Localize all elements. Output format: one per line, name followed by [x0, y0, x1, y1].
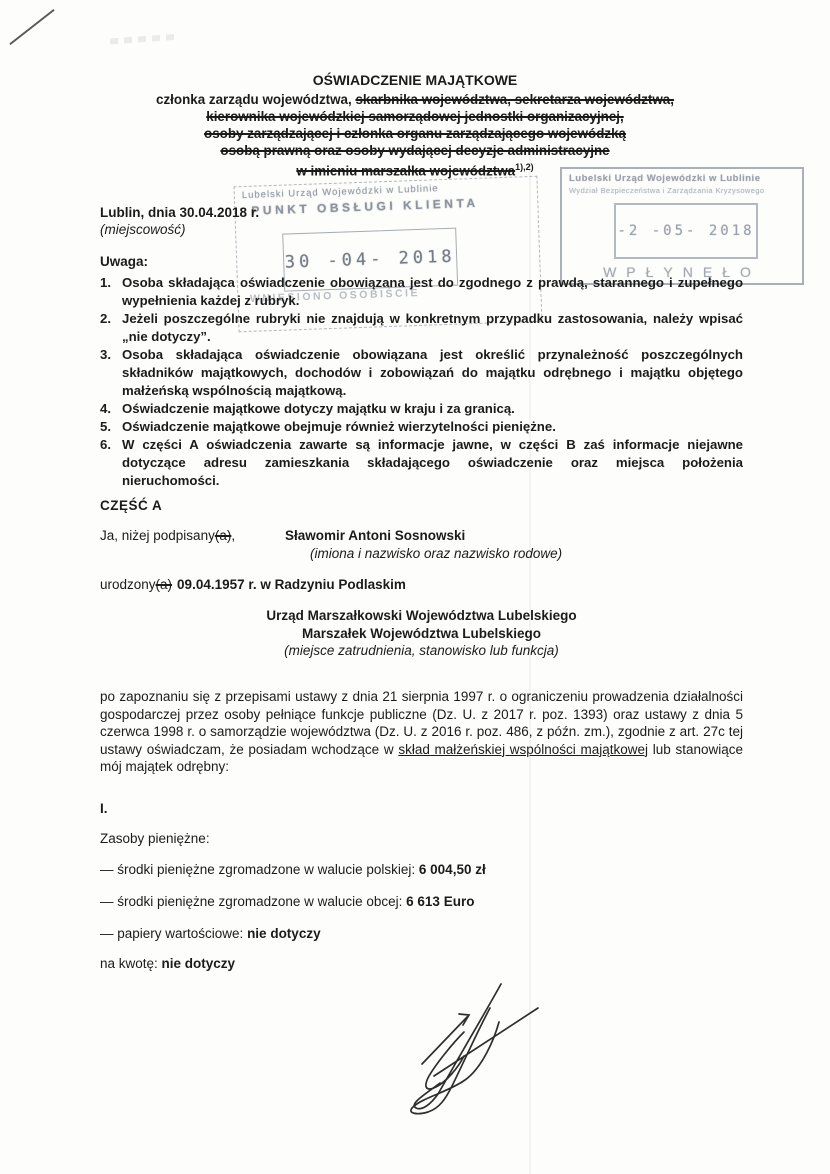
document-page: OŚWIADCZENIE MAJĄTKOWE członka zarządu w…	[0, 0, 830, 1174]
header-line-5: osobą prawną oraz osoby wydającej decyzj…	[0, 142, 830, 159]
header-line-4: osoby zarządzającej i członka organu zar…	[0, 125, 830, 142]
securities-label: — papiery wartościowe:	[100, 926, 247, 941]
place-date-block: Lublin, dnia 30.04.2018 r. (miejscowość)	[100, 204, 259, 238]
note-text: Oświadczenie majątkowe dotyczy majątku w…	[122, 400, 743, 418]
birth-prefix: urodzony	[100, 577, 156, 592]
notes-heading: Uwaga:	[100, 254, 148, 269]
employer-position: Marszałek Województwa Lubelskiego	[100, 625, 743, 643]
stamp-left-date: 30 -04- 2018	[284, 247, 455, 273]
securities-value: nie dotyczy	[247, 926, 321, 941]
securities-amount-line: na kwotę: nie dotyczy	[100, 956, 235, 971]
amount-value: nie dotyczy	[162, 956, 236, 971]
declarant-name-block: Sławomir Antoni Sosnowski (imiona i nazw…	[285, 527, 562, 563]
note-text: Oświadczenie majątkowe obejmuje również …	[122, 418, 743, 436]
note-item-2: 2.Jeżeli poszczególne rubryki nie znajdu…	[100, 310, 743, 346]
stamp-right-department: Wydział Bezpieczeństwa i Zarządzania Kry…	[569, 186, 764, 195]
header-line-2-normal: członka zarządu województwa,	[156, 92, 355, 107]
declarant-name: Sławomir Antoni Sosnowski	[285, 527, 562, 545]
note-number: 4.	[100, 400, 122, 418]
scan-smudge	[110, 34, 180, 45]
money-polish-currency-line: — środki pieniężne zgromadzone w walucie…	[100, 862, 486, 877]
stamp-right-date-box: -2 -05- 2018	[614, 203, 758, 259]
note-item-1: 1.Osoba składająca oświadczenie obowiąza…	[100, 274, 743, 310]
header-line-2-struck: skarbnika województwa, sekretarza wojewó…	[355, 92, 674, 107]
declarant-row: Ja, niżej podpisany(a), Sławomir Antoni …	[100, 527, 562, 563]
note-item-3: 3.Osoba składająca oświadczenie obowiąza…	[100, 346, 743, 400]
note-number: 1.	[100, 274, 122, 310]
note-text: Jeżeli poszczególne rubryki nie znajdują…	[122, 310, 743, 346]
part-a-heading: CZĘŚĆ A	[100, 498, 162, 513]
notes-list: 1.Osoba składająca oświadczenie obowiąza…	[100, 274, 743, 490]
footnote-refs: 1),2)	[515, 162, 534, 172]
declarant-feminine-struck: (a)	[215, 528, 232, 543]
declaration-paragraph: po zapoznaniu się z przepisami ustawy z …	[100, 688, 743, 776]
place-caption: (miejscowość)	[100, 221, 259, 238]
note-number: 2.	[100, 310, 122, 346]
birth-feminine-struck: (a)	[156, 577, 173, 592]
securities-line: — papiery wartościowe: nie dotyczy	[100, 926, 321, 941]
declarant-prefix-text: Ja, niżej podpisany	[100, 528, 215, 543]
place-date: Lublin, dnia 30.04.2018 r.	[100, 204, 259, 221]
money-polish-value: 6 004,50 zł	[419, 862, 486, 877]
declarant-prefix: Ja, niżej podpisany(a),	[100, 527, 285, 563]
birth-date-place: 09.04.1957 r. w Radzyniu Podlaskim	[177, 577, 406, 592]
employer-block: Urząd Marszałkowski Województwa Lubelski…	[100, 607, 743, 660]
money-foreign-value: 6 613 Euro	[406, 894, 474, 909]
header-line-3: kierownika wojewódzkiej samorządowej jed…	[0, 108, 830, 125]
stamp-right-date: -2 -05- 2018	[617, 223, 754, 239]
section-1-number: I.	[100, 801, 108, 816]
header-line-6: w imieniu marszałka województwa1),2)	[0, 159, 830, 179]
note-number: 3.	[100, 346, 122, 400]
declarant-name-caption: (imiona i nazwisko oraz nazwisko rodowe)	[310, 545, 562, 563]
declaration-underlined: skład małżeńskiej wspólności majątkowej	[398, 742, 648, 757]
money-foreign-label: — środki pieniężne zgromadzone w walucie…	[100, 894, 406, 909]
note-item-6: 6.W części A oświadczenia zawarte są inf…	[100, 436, 743, 490]
note-number: 5.	[100, 418, 122, 436]
document-header: OŚWIADCZENIE MAJĄTKOWE członka zarządu w…	[0, 72, 830, 179]
signature-scribble	[398, 976, 558, 1126]
note-item-5: 5.Oświadczenie majątkowe obejmuje równie…	[100, 418, 743, 436]
note-text: W części A oświadczenia zawarte są infor…	[122, 436, 743, 490]
money-polish-label: — środki pieniężne zgromadzone w walucie…	[100, 862, 419, 877]
scan-corner-mark	[9, 9, 54, 45]
header-line-2: członka zarządu województwa, skarbnika w…	[0, 91, 830, 108]
employer-name: Urząd Marszałkowski Województwa Lubelski…	[100, 607, 743, 625]
document-title: OŚWIADCZENIE MAJĄTKOWE	[0, 72, 830, 89]
section-1-heading: Zasoby pieniężne:	[100, 831, 210, 846]
note-item-4: 4.Oświadczenie majątkowe dotyczy majątku…	[100, 400, 743, 418]
money-foreign-currency-line: — środki pieniężne zgromadzone w walucie…	[100, 894, 474, 909]
amount-label: na kwotę:	[100, 956, 162, 971]
declarant-comma: ,	[231, 528, 235, 543]
note-number: 6.	[100, 436, 122, 490]
note-text: Osoba składająca oświadczenie obowiązana…	[122, 274, 743, 310]
handwritten-signature	[398, 976, 558, 1126]
stamp-right-incoming: Lubelski Urząd Wojewódzki w Lublinie Wyd…	[560, 167, 804, 285]
note-text: Osoba składająca oświadczenie obowiązana…	[122, 346, 743, 400]
employer-caption: (miejsce zatrudnienia, stanowisko lub fu…	[100, 642, 743, 660]
birth-line: urodzony(a)09.04.1957 r. w Radzyniu Podl…	[100, 577, 406, 592]
header-line-6-struck: w imieniu marszałka województwa	[296, 163, 515, 178]
